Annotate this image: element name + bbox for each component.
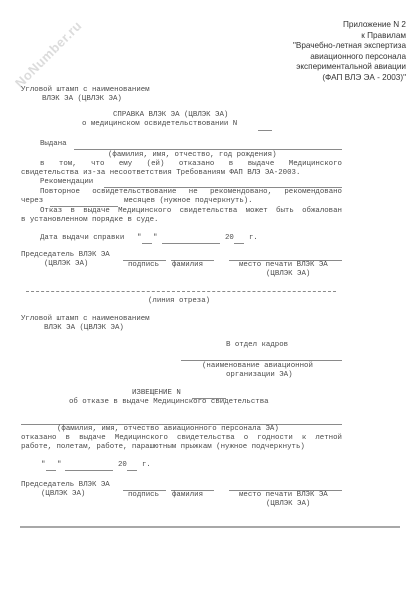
appendix-line: экспериментальной авиации [293, 62, 406, 73]
to-hr-department: В отдел кадров [226, 341, 288, 350]
notice-refusal-line1: отказано в выдаче Медицинского свидетель… [21, 434, 342, 443]
corner-stamp-label: Угловой штамп с наименованием [21, 315, 150, 324]
issue-month-field[interactable] [162, 243, 220, 244]
quote-close: " [153, 234, 157, 243]
notice-year-field[interactable] [127, 470, 137, 471]
year-prefix: 20 [118, 461, 127, 470]
organization-field[interactable] [181, 360, 342, 361]
appendix-line: "Врачебно-летная экспертиза [293, 41, 406, 52]
repeat-exam-suffix: месяцев (нужное подчеркнуть). [124, 197, 253, 206]
quote-open: " [41, 461, 45, 470]
appeal-line1: Отказ в выдаче Медицинского свидетельств… [40, 207, 342, 216]
appeal-line2: в установленном порядке в суде. [21, 216, 159, 225]
appendix-line: Приложение N 2 [293, 20, 406, 31]
chairman-label: Председатель ВЛЭК ЭА [21, 251, 110, 260]
issue-year-field[interactable] [234, 243, 244, 244]
cut-line [26, 291, 336, 292]
refusal-text-line2: свидетельства из-за несоответствия Требо… [21, 169, 300, 178]
quote-close: " [57, 461, 61, 470]
repeat-exam-prefix: через [21, 197, 43, 206]
notice-month-field[interactable] [65, 470, 113, 471]
quote-open: " [137, 234, 141, 243]
surname-label: фамилия [172, 261, 203, 270]
refusal-text-line1: в том, что ему (ей) отказано в выдаче Ме… [40, 160, 342, 169]
issue-day-field[interactable] [142, 243, 152, 244]
appendix-line: к Правилам [293, 31, 406, 42]
recommendations-label: Рекомендации [40, 178, 93, 187]
issued-label: Выдана [40, 140, 67, 149]
certificate-subtitle: о медицинском освидетельствовании N [82, 120, 237, 129]
seal-place-org: (ЦВЛЭК ЭА) [266, 270, 310, 279]
issue-date-label: Дата выдачи справки [40, 234, 124, 243]
issued-hint: (фамилия, имя, отчество, год рождения) [108, 151, 277, 160]
repeat-exam-line1: Повторное освидетельствование не рекомен… [40, 188, 342, 197]
signature-label: подпись [128, 261, 159, 270]
notice-title: ИЗВЕЩЕНИЕ N [132, 389, 181, 398]
notice-day-field[interactable] [46, 470, 56, 471]
cut-line-label: (линия отреза) [148, 297, 210, 306]
person-name-hint: (фамилия, имя, отчество авиационного пер… [57, 425, 279, 434]
year-suffix: г. [142, 461, 151, 470]
watermark: NoNumber.ru [12, 18, 85, 91]
surname-label: фамилия [172, 491, 203, 500]
appendix-header: Приложение N 2 к Правилам "Врачебно-летн… [293, 20, 406, 83]
certificate-number-field[interactable] [258, 130, 272, 131]
seal-place-label: место печати ВЛЭК ЭА [239, 261, 328, 270]
seal-place-org: (ЦВЛЭК ЭА) [266, 500, 310, 509]
certificate-title: СПРАВКА ВЛЭК ЭА (ЦВЛЭК ЭА) [113, 111, 228, 120]
issued-name-field[interactable] [74, 149, 342, 150]
chairman-org: (ЦВЛЭК ЭА) [41, 490, 85, 499]
notice-subtitle: об отказе в выдаче Медицинского свидетел… [69, 398, 269, 407]
corner-stamp-org: ВЛЭК ЭА (ЦВЛЭК ЭА) [44, 324, 124, 333]
chairman-org: (ЦВЛЭК ЭА) [44, 260, 88, 269]
corner-stamp-org: ВЛЭК ЭА (ЦВЛЭК ЭА) [42, 95, 122, 104]
appendix-line: (ФАП ВЛЭ ЭА - 2003)" [293, 73, 406, 84]
year-suffix: г. [249, 234, 258, 243]
chairman-label: Председатель ВЛЭК ЭА [21, 481, 110, 490]
organization-hint-line2: организации ЭА) [226, 371, 293, 380]
signature-label: подпись [128, 491, 159, 500]
appendix-line: авиационного персонала [293, 52, 406, 63]
year-prefix: 20 [225, 234, 234, 243]
seal-place-label: место печати ВЛЭК ЭА [239, 491, 328, 500]
page-bottom-rule [20, 526, 400, 528]
organization-hint-line1: (наименование авиационной [202, 362, 313, 371]
notice-refusal-line2: работе, полетам, работе, парашютным прыж… [21, 443, 305, 452]
corner-stamp-label: Угловой штамп с наименованием [21, 86, 150, 95]
